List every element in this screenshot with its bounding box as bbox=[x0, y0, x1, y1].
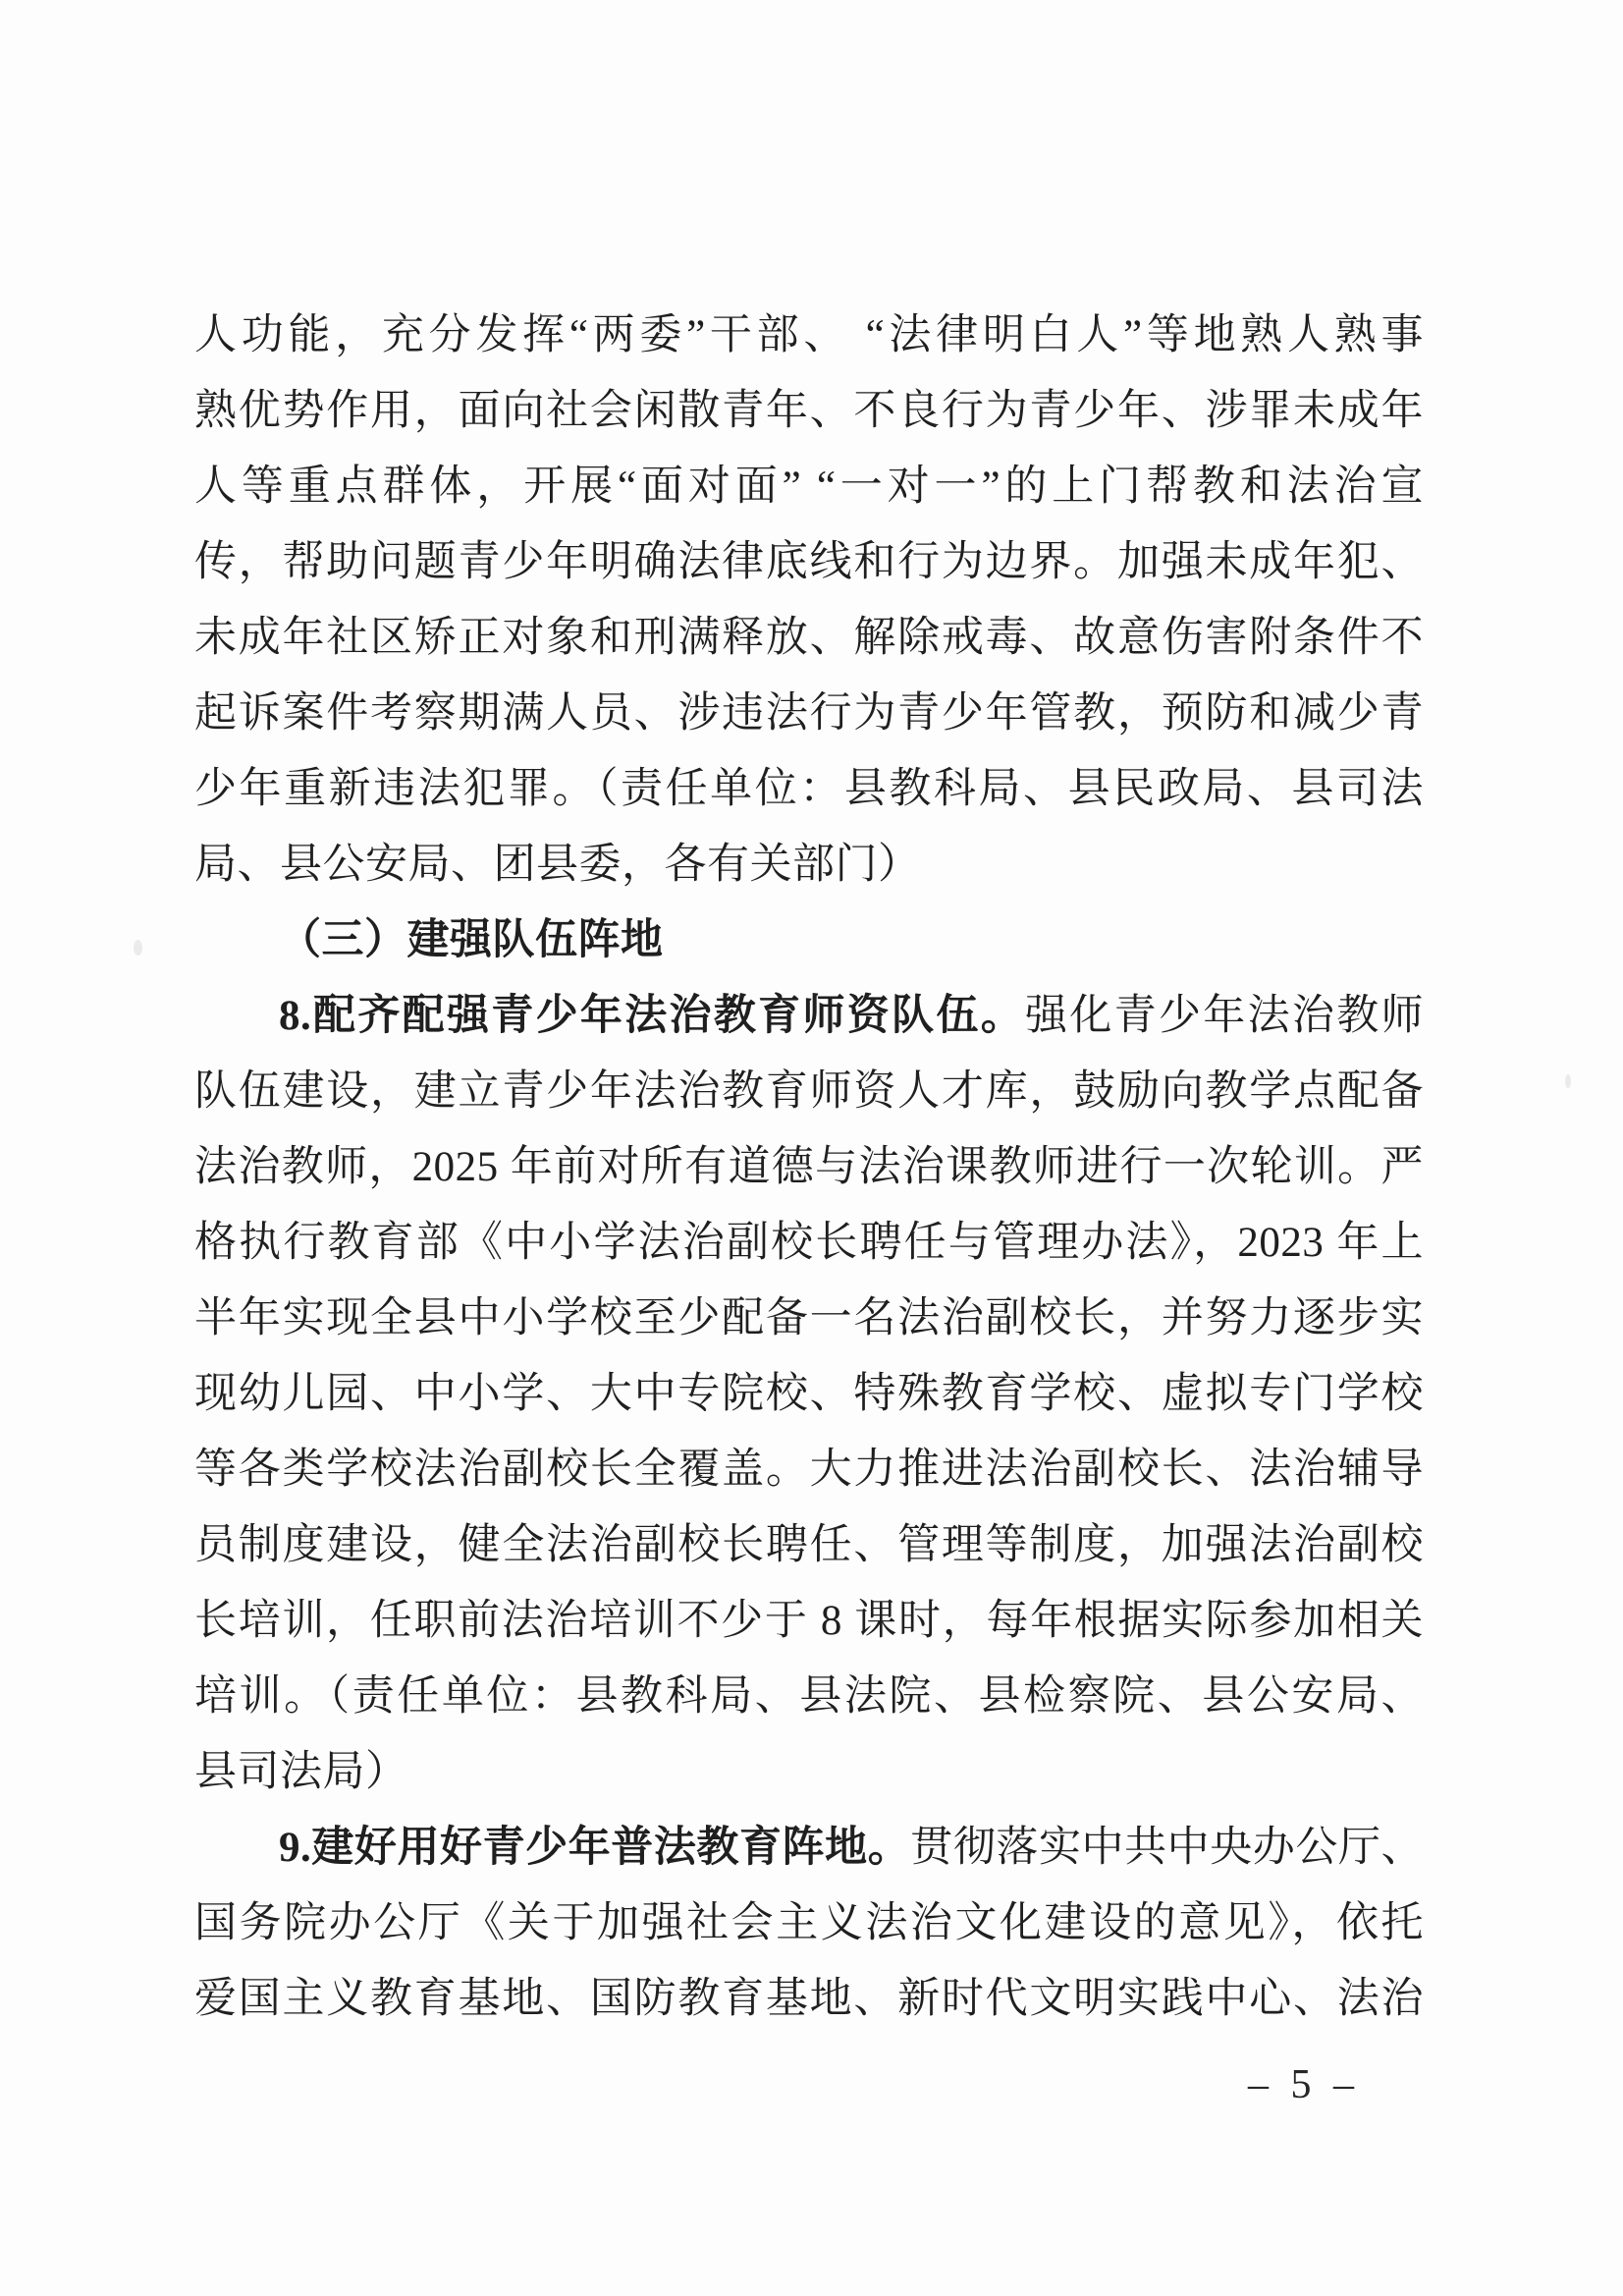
scan-smudge bbox=[134, 940, 142, 956]
text-segment: 熟优势作用，面向社会闲散青年、不良行为青少年、涉罪未成年 bbox=[194, 388, 1424, 434]
document-body: 人功能，充分发挥“两委”干部、 “法律明白人”等地熟人熟事熟优势作用，面向社会闲… bbox=[194, 298, 1424, 2037]
text-line: 长培训，任职前法治培训不少于 8 课时，每年根据实际参加相关 bbox=[194, 1583, 1424, 1659]
text-line: 格执行教育部《中小学法治副校长聘任与管理办法》，2023 年上 bbox=[194, 1205, 1424, 1281]
text-line: 现幼儿园、中小学、大中专院校、特殊教育学校、虚拟专门学校 bbox=[194, 1356, 1424, 1432]
text-segment: 贯彻落实中共中央办公厅、 bbox=[910, 1825, 1424, 1871]
bold-text-segment: 9.建好用好青少年普法教育阵地。 bbox=[279, 1825, 910, 1871]
text-line: 县司法局） bbox=[194, 1734, 1424, 1810]
text-line: 国务院办公厅《关于加强社会主义法治文化建设的意见》，依托 bbox=[194, 1886, 1424, 1961]
text-segment: 未成年社区矫正对象和刑满释放、解除戒毒、故意伤害附条件不 bbox=[194, 615, 1424, 661]
text-segment: 培训。（责任单位：县教科局、县法院、县检察院、县公安局、 bbox=[194, 1673, 1424, 1720]
text-line: 传，帮助问题青少年明确法律底线和行为边界。加强未成年犯、 bbox=[194, 524, 1424, 600]
text-line: 爱国主义教育基地、国防教育基地、新时代文明实践中心、法治 bbox=[194, 1961, 1424, 2037]
page-number: – 5 – bbox=[1248, 2060, 1360, 2109]
text-line: 半年实现全县中小学校至少配备一名法治副校长，并努力逐步实 bbox=[194, 1281, 1424, 1356]
bold-text-segment: 8.配齐配强青少年法治教育师资队伍。 bbox=[279, 993, 1025, 1039]
text-segment: 队伍建设，建立青少年法治教育师资人才库，鼓励向教学点配备 bbox=[194, 1068, 1424, 1115]
text-segment: 现幼儿园、中小学、大中专院校、特殊教育学校、虚拟专门学校 bbox=[194, 1371, 1424, 1417]
text-line: （三）建强队伍阵地 bbox=[194, 902, 1424, 978]
text-line: 9.建好用好青少年普法教育阵地。贯彻落实中共中央办公厅、 bbox=[194, 1810, 1424, 1886]
text-line: 等各类学校法治副校长全覆盖。大力推进法治副校长、法治辅导 bbox=[194, 1432, 1424, 1507]
text-segment: 长培训，任职前法治培训不少于 8 课时，每年根据实际参加相关 bbox=[194, 1598, 1424, 1644]
text-segment: 局、县公安局、团县委，各有关部门） bbox=[194, 842, 921, 888]
text-segment: 人等重点群体，开展“面对面” “一对一”的上门帮教和法治宣 bbox=[194, 464, 1424, 510]
text-line: 员制度建设，健全法治副校长聘任、管理等制度，加强法治副校 bbox=[194, 1507, 1424, 1583]
document-page: 人功能，充分发挥“两委”干部、 “法律明白人”等地熟人熟事熟优势作用，面向社会闲… bbox=[0, 0, 1623, 2296]
text-segment: 半年实现全县中小学校至少配备一名法治副校长，并努力逐步实 bbox=[194, 1295, 1424, 1341]
text-line: 人功能，充分发挥“两委”干部、 “法律明白人”等地熟人熟事 bbox=[194, 298, 1424, 373]
text-segment: 强化青少年法治教师 bbox=[1025, 993, 1424, 1039]
text-segment: 等各类学校法治副校长全覆盖。大力推进法治副校长、法治辅导 bbox=[194, 1447, 1424, 1493]
text-line: 局、县公安局、团县委，各有关部门） bbox=[194, 827, 1424, 902]
text-segment: 县司法局） bbox=[194, 1749, 408, 1795]
text-segment: 法治教师，2025 年前对所有道德与法治课教师进行一次轮训。严 bbox=[194, 1144, 1424, 1190]
text-segment: 人功能，充分发挥“两委”干部、 “法律明白人”等地熟人熟事 bbox=[194, 312, 1424, 358]
text-line: 未成年社区矫正对象和刑满释放、解除戒毒、故意伤害附条件不 bbox=[194, 600, 1424, 676]
text-segment: 员制度建设，健全法治副校长聘任、管理等制度，加强法治副校 bbox=[194, 1522, 1424, 1568]
scan-smudge bbox=[1565, 1074, 1571, 1088]
text-line: 培训。（责任单位：县教科局、县法院、县检察院、县公安局、 bbox=[194, 1659, 1424, 1734]
text-segment: 少年重新违法犯罪。（责任单位：县教科局、县民政局、县司法 bbox=[194, 766, 1424, 812]
text-line: 起诉案件考察期满人员、涉违法行为青少年管教，预防和减少青 bbox=[194, 676, 1424, 751]
text-line: 人等重点群体，开展“面对面” “一对一”的上门帮教和法治宣 bbox=[194, 449, 1424, 524]
text-segment: 格执行教育部《中小学法治副校长聘任与管理办法》，2023 年上 bbox=[194, 1220, 1424, 1266]
text-segment: 起诉案件考察期满人员、涉违法行为青少年管教，预防和减少青 bbox=[194, 690, 1424, 737]
text-segment: 国务院办公厅《关于加强社会主义法治文化建设的意见》，依托 bbox=[194, 1900, 1424, 1946]
text-line: 熟优势作用，面向社会闲散青年、不良行为青少年、涉罪未成年 bbox=[194, 373, 1424, 449]
text-segment: 传，帮助问题青少年明确法律底线和行为边界。加强未成年犯、 bbox=[194, 539, 1424, 585]
text-line: 法治教师，2025 年前对所有道德与法治课教师进行一次轮训。严 bbox=[194, 1129, 1424, 1205]
bold-text-segment: （三）建强队伍阵地 bbox=[279, 917, 664, 963]
text-segment: 爱国主义教育基地、国防教育基地、新时代文明实践中心、法治 bbox=[194, 1976, 1424, 2022]
text-line: 少年重新违法犯罪。（责任单位：县教科局、县民政局、县司法 bbox=[194, 751, 1424, 827]
text-line: 8.配齐配强青少年法治教育师资队伍。强化青少年法治教师 bbox=[194, 978, 1424, 1054]
text-line: 队伍建设，建立青少年法治教育师资人才库，鼓励向教学点配备 bbox=[194, 1054, 1424, 1129]
